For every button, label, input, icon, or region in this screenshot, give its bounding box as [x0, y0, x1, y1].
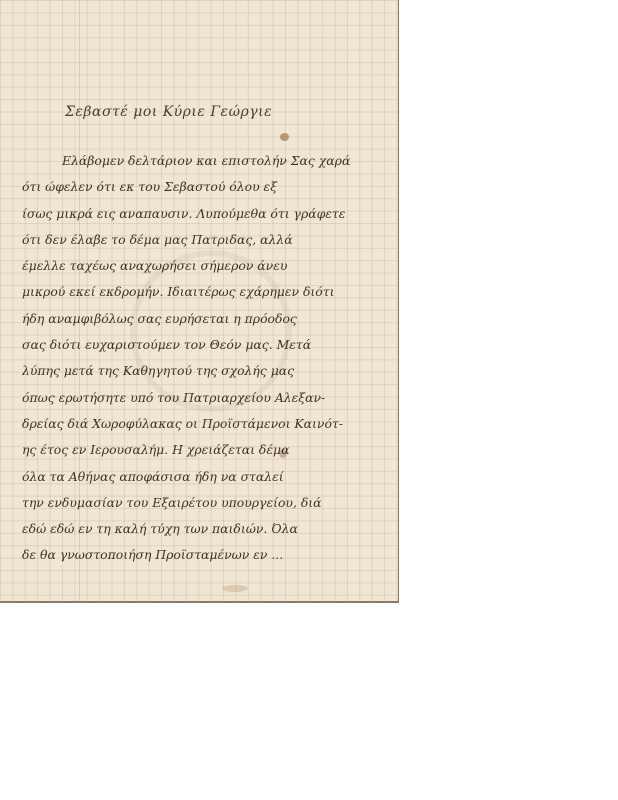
letter-line: δε θα γνωστοποιήση Προϊσταμένων εν ... [22, 542, 390, 568]
letter-line: σας διότι ευχαριστούμεν τον Θεόν μας. Με… [22, 332, 390, 358]
salutation: Σεβαστέ μοι Κύριε Γεώργιε [65, 104, 272, 120]
letter-line: όπως ερωτήσητε υπό του Πατριαρχείου Αλεξ… [22, 385, 390, 411]
letter-line: ότι ώφελεν ότι εκ του Σεβαστού όλου εξ [22, 174, 390, 200]
letter-line: ης έτος εν Ιερουσαλήμ. Η χρειάζεται δέμα [22, 437, 390, 463]
letter-line: έμελλε ταχέως αναχωρήσει σήμερον άνευ [22, 253, 390, 279]
ink-stain [280, 133, 289, 141]
letter-line: ότι δεν έλαβε το δέμα μας Πατριδας, αλλά [22, 227, 390, 253]
letter-body: Ελάβομεν δελτάριον και επιστολήν Σας χαρ… [22, 148, 390, 569]
letter-line: Ελάβομεν δελτάριον και επιστολήν Σας χαρ… [22, 148, 390, 174]
letter-line: λύπης μετά της Καθηγητού της σχολής μας [22, 358, 390, 384]
letter-line: ίσως μικρά εις αναπαυσιν. Λυπούμεθα ότι … [22, 201, 390, 227]
letter-line: την ενδυμασίαν του Εξαιρέτου υπουργείου,… [22, 490, 390, 516]
letter-line: δρείας διά Χωροφύλακας οι Προϊστάμενοι Κ… [22, 411, 390, 437]
letter-line: εδώ εδώ εν τη καλή τύχη των παιδιών. Όλα [22, 516, 390, 542]
letter-line: όλα τα Αθήνας αποφάσισα ήδη να σταλεί [22, 464, 390, 490]
ink-stain [222, 585, 248, 592]
letter-line: ήδη αναμφιβόλως σας ευρήσεται η πρόοδος [22, 306, 390, 332]
letter-page: Σεβαστέ μοι Κύριε Γεώργιε Ελάβομεν δελτά… [0, 0, 399, 603]
letter-line: μικρού εκεί εκδρομήν. Ιδιαιτέρως εχάρημε… [22, 279, 390, 305]
